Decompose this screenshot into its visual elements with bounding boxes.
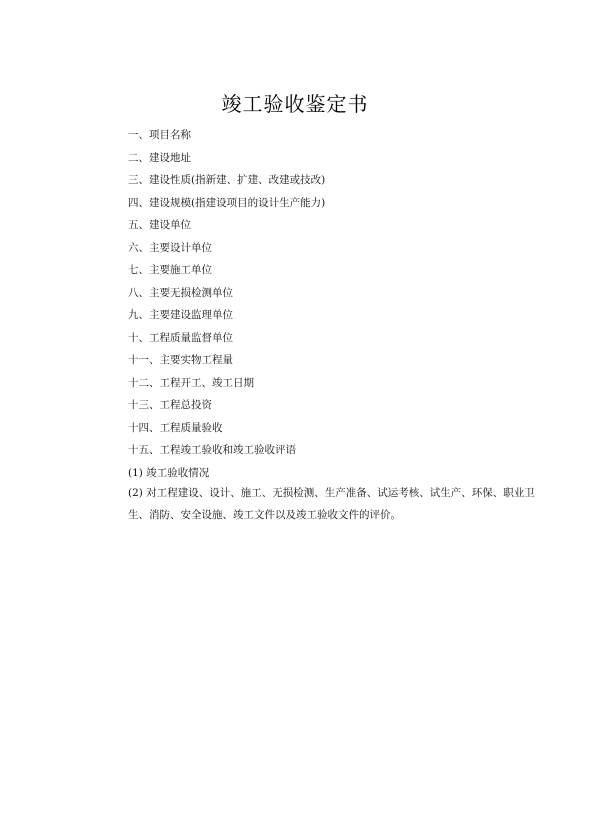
evaluation-paragraph: (2) 对工程建设、设计、施工、无损检测、生产准备、试运考核、试生产、环保、职业…	[128, 482, 538, 526]
section-item: 四、建设规模(指建设项目的设计生产能力)	[128, 192, 325, 215]
section-item: 七、主要施工单位	[128, 259, 325, 282]
section-item: 十、工程质量监督单位	[128, 327, 325, 350]
section-item: 八、主要无损检测单位	[128, 282, 325, 305]
section-item: 九、主要建设监理单位	[128, 304, 325, 327]
section-item: 一、项目名称	[128, 124, 325, 147]
section-item: 十四、工程质量验收	[128, 417, 325, 440]
section-item: 二、建设地址	[128, 147, 325, 170]
document-page: 竣工验收鉴定书 一、项目名称 二、建设地址 三、建设性质(指新建、扩建、改建或技…	[0, 0, 590, 835]
section-item: 十一、主要实物工程量	[128, 349, 325, 372]
section-item: 六、主要设计单位	[128, 237, 325, 260]
section-item: 三、建设性质(指新建、扩建、改建或技改)	[128, 169, 325, 192]
sub-item: (1) 竣工验收情况	[128, 462, 325, 485]
document-title: 竣工验收鉴定书	[0, 88, 590, 117]
section-list: 一、项目名称 二、建设地址 三、建设性质(指新建、扩建、改建或技改) 四、建设规…	[128, 124, 325, 484]
section-item: 五、建设单位	[128, 214, 325, 237]
section-item: 十二、工程开工、竣工日期	[128, 372, 325, 395]
section-item: 十三、工程总投资	[128, 394, 325, 417]
section-item: 十五、工程竣工验收和竣工验收评语	[128, 439, 325, 462]
